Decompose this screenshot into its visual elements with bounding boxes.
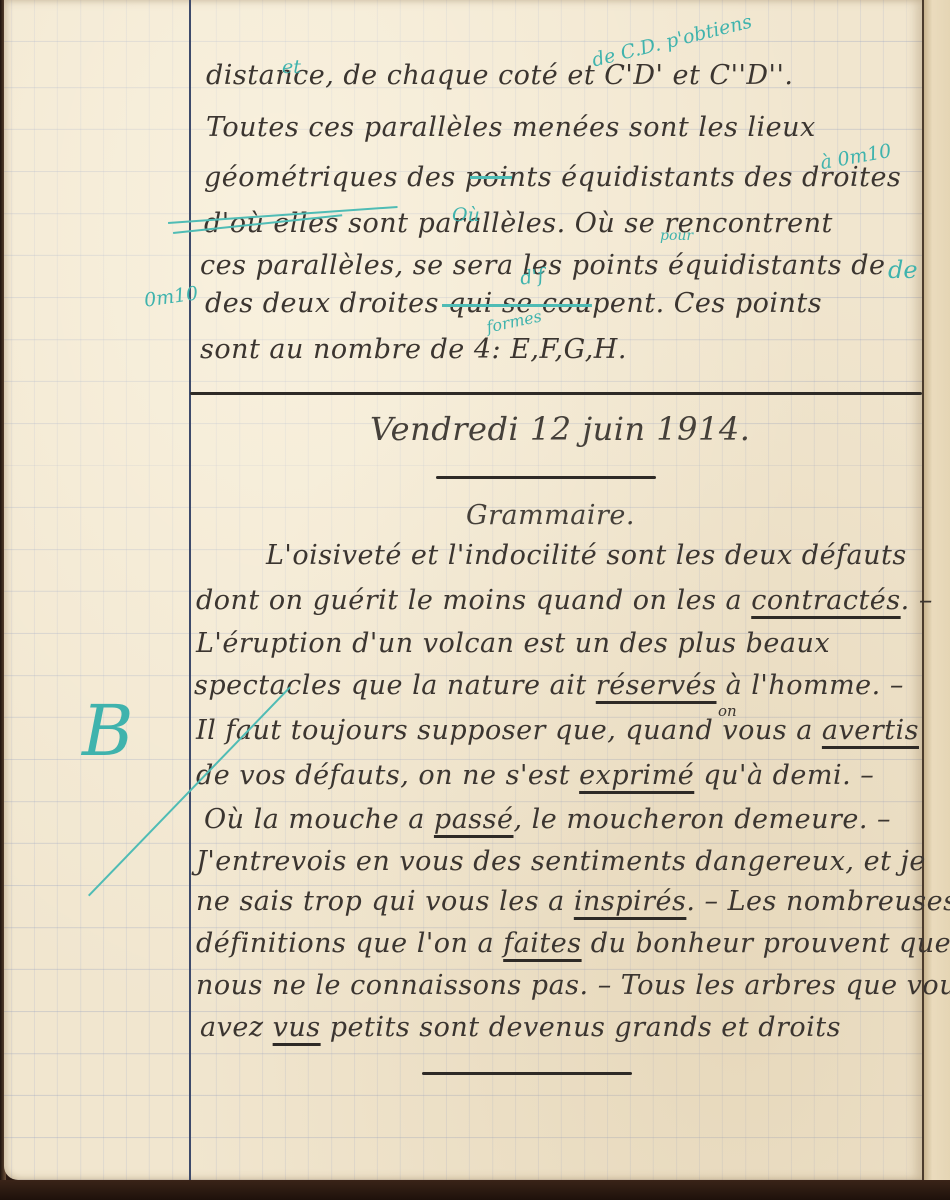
grammar-line: définitions que l'on a faites du bonheur… bbox=[196, 928, 950, 959]
correction-strikethrough bbox=[442, 304, 592, 307]
underlined-participle: contractés bbox=[751, 585, 900, 616]
grammar-line: Il faut toujours supposer que, quand vou… bbox=[196, 715, 919, 746]
correction-mark: et bbox=[282, 56, 301, 78]
geometry-line-3: géométriques des points équidistants des… bbox=[204, 162, 901, 193]
grammar-line: spectacles que la nature ait réservés à … bbox=[194, 670, 904, 701]
entry-subject: Grammaire. bbox=[466, 500, 635, 531]
grammar-line: de vos défauts, on ne s'est exprimé qu'à… bbox=[196, 760, 874, 791]
correction-mark: d'f bbox=[519, 264, 546, 289]
section-divider bbox=[190, 392, 922, 395]
underlined-participle: exprimé bbox=[579, 760, 694, 791]
correction-mark: Où bbox=[452, 204, 480, 226]
background-shadow bbox=[0, 1180, 950, 1200]
end-rule bbox=[422, 1072, 632, 1075]
grammar-line: L'oisiveté et l'indocilité sont les deux… bbox=[266, 540, 907, 571]
grammar-line: L'éruption d'un volcan est un des plus b… bbox=[196, 628, 830, 659]
underlined-participle: faites bbox=[503, 928, 581, 959]
grammar-line: dont on guérit le moins quand on les a c… bbox=[196, 585, 933, 616]
underlined-participle: inspirés bbox=[574, 886, 687, 917]
underlined-participle: passé bbox=[434, 804, 514, 835]
grammar-line: Où la mouche a passé, le moucheron demeu… bbox=[204, 804, 891, 835]
geometry-line-2: Toutes ces parallèles menées sont les li… bbox=[206, 112, 816, 143]
geometry-line-7: sont au nombre de 4: E,F,G,H. bbox=[200, 334, 627, 365]
correction-strikethrough bbox=[470, 176, 512, 179]
grammar-line: J'entrevois en vous des sentiments dange… bbox=[196, 846, 926, 877]
grammar-line: ne sais trop qui vous les a inspirés. – … bbox=[196, 886, 950, 917]
correction-mark: pour bbox=[660, 228, 693, 244]
correction-mark: de bbox=[888, 256, 918, 284]
underlined-participle: avertis bbox=[822, 715, 919, 746]
heading-rule bbox=[436, 476, 656, 479]
grammar-line: avez vus petits sont devenus grands et d… bbox=[200, 1012, 841, 1043]
underlined-participle: réservés bbox=[596, 670, 717, 701]
margin-line bbox=[189, 0, 191, 1180]
entry-date: Vendredi 12 juin 1914. bbox=[370, 410, 750, 448]
interlinear-correction: on bbox=[718, 702, 737, 720]
grammar-line: nous ne le connaissons pas. – Tous les a… bbox=[196, 970, 950, 1001]
margin-grade: B bbox=[82, 690, 133, 772]
underlined-participle: vus bbox=[273, 1012, 321, 1043]
